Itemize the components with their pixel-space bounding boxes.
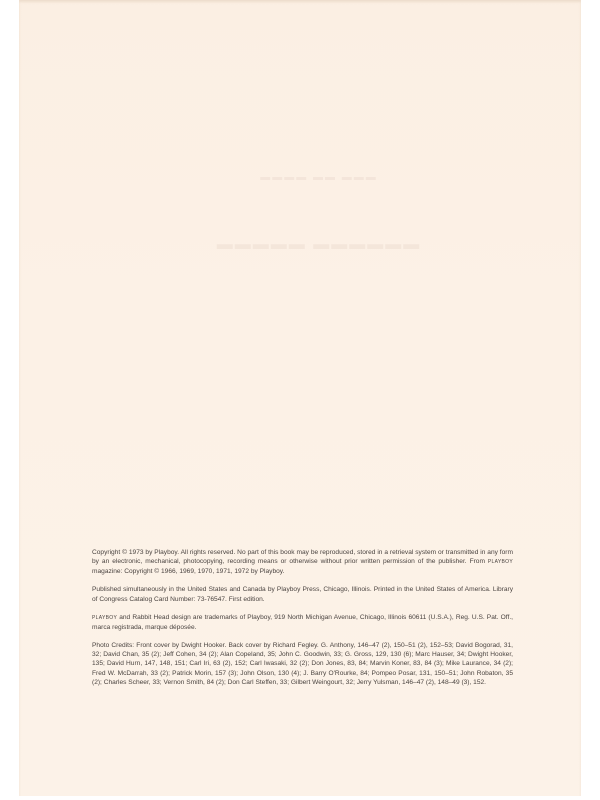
copyright-notice: Copyright © 1973 by Playboy. All rights … — [92, 548, 513, 576]
brand-smallcaps: Playboy — [92, 615, 117, 621]
show-through-text: ▬▬▬▬ ▬▬ ▬▬▬ — [179, 172, 459, 183]
photo-credits: Photo Credits: Front cover by Dwight Hoo… — [92, 641, 513, 686]
trademark-text: and Rabbit Head design are trademarks of… — [92, 614, 513, 631]
copyright-page-text: Copyright © 1973 by Playboy. All rights … — [92, 548, 513, 696]
publication-notice: Published simultaneously in the United S… — [92, 585, 513, 603]
copyright-text: Copyright © 1973 by Playboy. All rights … — [92, 549, 513, 565]
trademark-notice: Playboy and Rabbit Head design are trade… — [92, 613, 513, 632]
copyright-years: magazine: Copyright © 1966, 1969, 1970, … — [92, 568, 284, 575]
show-through-title: ▬▬▬▬▬ ▬▬▬▬▬▬ — [179, 236, 459, 254]
brand-smallcaps: Playboy — [488, 559, 513, 565]
